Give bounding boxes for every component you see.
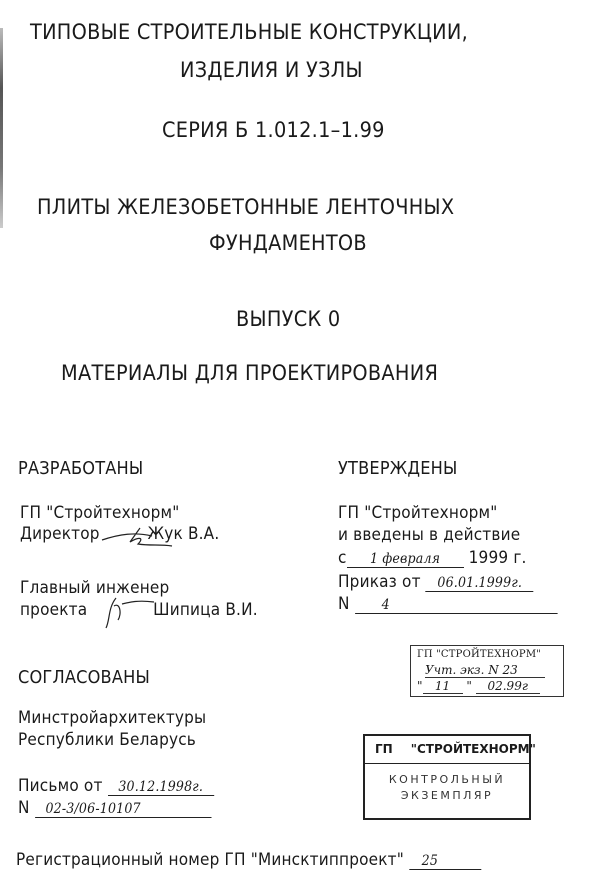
- subject-line-1: ПЛИТЫ ЖЕЛЕЗОБЕТОННЫЕ ЛЕНТОЧНЫХ: [37, 195, 454, 219]
- approved-heading: УТВЕРЖДЕНЫ: [338, 458, 458, 479]
- control-stamp-header: ГП"СТРОЙТЕХНОРМ": [365, 736, 529, 764]
- developed-heading: РАЗРАБОТАНЫ: [18, 458, 143, 479]
- order-number-field: 4: [355, 598, 557, 614]
- control-stamp-line-1: КОНТРОЛЬНЫЙ: [365, 772, 529, 788]
- engineer-label-2: проекта: [20, 600, 87, 620]
- registration-stamp-day: 11: [423, 679, 463, 694]
- issue-title: МАТЕРИАЛЫ ДЛЯ ПРОЕКТИРОВАНИЯ: [61, 361, 438, 385]
- approved-org: ГП "Стройтехнорм": [338, 503, 497, 523]
- letter-number-line: N 02-3/06-10107: [18, 798, 211, 818]
- letter-line: Письмо от 30.12.1998г.: [18, 776, 214, 796]
- order-date-field: 06.01.1999г.: [426, 576, 534, 592]
- agreed-org-line-1: Минстройархитектуры: [18, 708, 206, 728]
- control-copy-stamp: ГП"СТРОЙТЕХНОРМ" КОНТРОЛЬНЫЙ ЭКЗЕМПЛЯР: [363, 734, 531, 820]
- registration-line: Регистрационный номер ГП "Минсктиппроект…: [16, 850, 481, 870]
- from-year: 1999 г.: [469, 548, 527, 568]
- registration-stamp-org: ГП "СТРОЙТЕХНОРМ": [417, 649, 541, 660]
- from-prefix: с: [338, 548, 347, 568]
- director-label: Директор: [20, 524, 100, 544]
- order-label: Приказ от: [338, 572, 421, 592]
- registration-stamp-copy: Учт. экз. N 23: [425, 663, 545, 678]
- order-line: Приказ от 06.01.1999г.: [338, 572, 534, 592]
- series-number: СЕРИЯ Б 1.012.1–1.99: [162, 118, 385, 142]
- letter-date-field: 30.12.1998г.: [108, 780, 214, 796]
- registration-stamp-date: "11 " 02.99г: [417, 679, 557, 694]
- from-date-field: 1 февраля: [347, 552, 464, 568]
- title-line-2: ИЗДЕЛИЯ И УЗЛЫ: [180, 58, 363, 82]
- registration-label: Регистрационный номер ГП "Минсктиппроект…: [16, 850, 404, 870]
- binding-edge-line: [0, 28, 3, 228]
- developed-org: ГП "Стройтехнорм": [20, 503, 179, 523]
- approved-from-line: с1 февраля 1999 г.: [338, 548, 527, 568]
- engineer-name: Шипица В.И.: [153, 600, 258, 620]
- order-number-label: N: [338, 594, 350, 614]
- order-number-line: N 4: [338, 594, 557, 614]
- subject-line-2: ФУНДАМЕНТОВ: [209, 231, 367, 255]
- control-stamp-org-name: "СТРОЙТЕХНОРМ": [411, 742, 536, 756]
- letter-number-field: 02-3/06-10107: [35, 802, 211, 818]
- issue-number: ВЫПУСК 0: [236, 307, 340, 331]
- approved-enacted: и введены в действие: [338, 525, 520, 545]
- control-stamp-line-2: ЭКЗЕМПЛЯР: [365, 788, 529, 804]
- registration-stamp: ГП "СТРОЙТЕХНОРМ" Учт. экз. N 23 "11 " 0…: [410, 645, 564, 697]
- registration-number-field: 25: [409, 854, 481, 870]
- letter-number-label: N: [18, 798, 30, 818]
- control-stamp-org-prefix: ГП: [375, 742, 393, 756]
- document-page: ТИПОВЫЕ СТРОИТЕЛЬНЫЕ КОНСТРУКЦИИ, ИЗДЕЛИ…: [0, 0, 595, 887]
- letter-label: Письмо от: [18, 776, 103, 796]
- registration-stamp-month-year: 02.99г: [476, 679, 540, 694]
- agreed-heading: СОГЛАСОВАНЫ: [18, 667, 150, 688]
- agreed-org-line-2: Республики Беларусь: [18, 730, 196, 750]
- engineer-signature-icon: [102, 592, 157, 630]
- director-signature-icon: [100, 522, 175, 550]
- title-line-1: ТИПОВЫЕ СТРОИТЕЛЬНЫЕ КОНСТРУКЦИИ,: [30, 20, 468, 44]
